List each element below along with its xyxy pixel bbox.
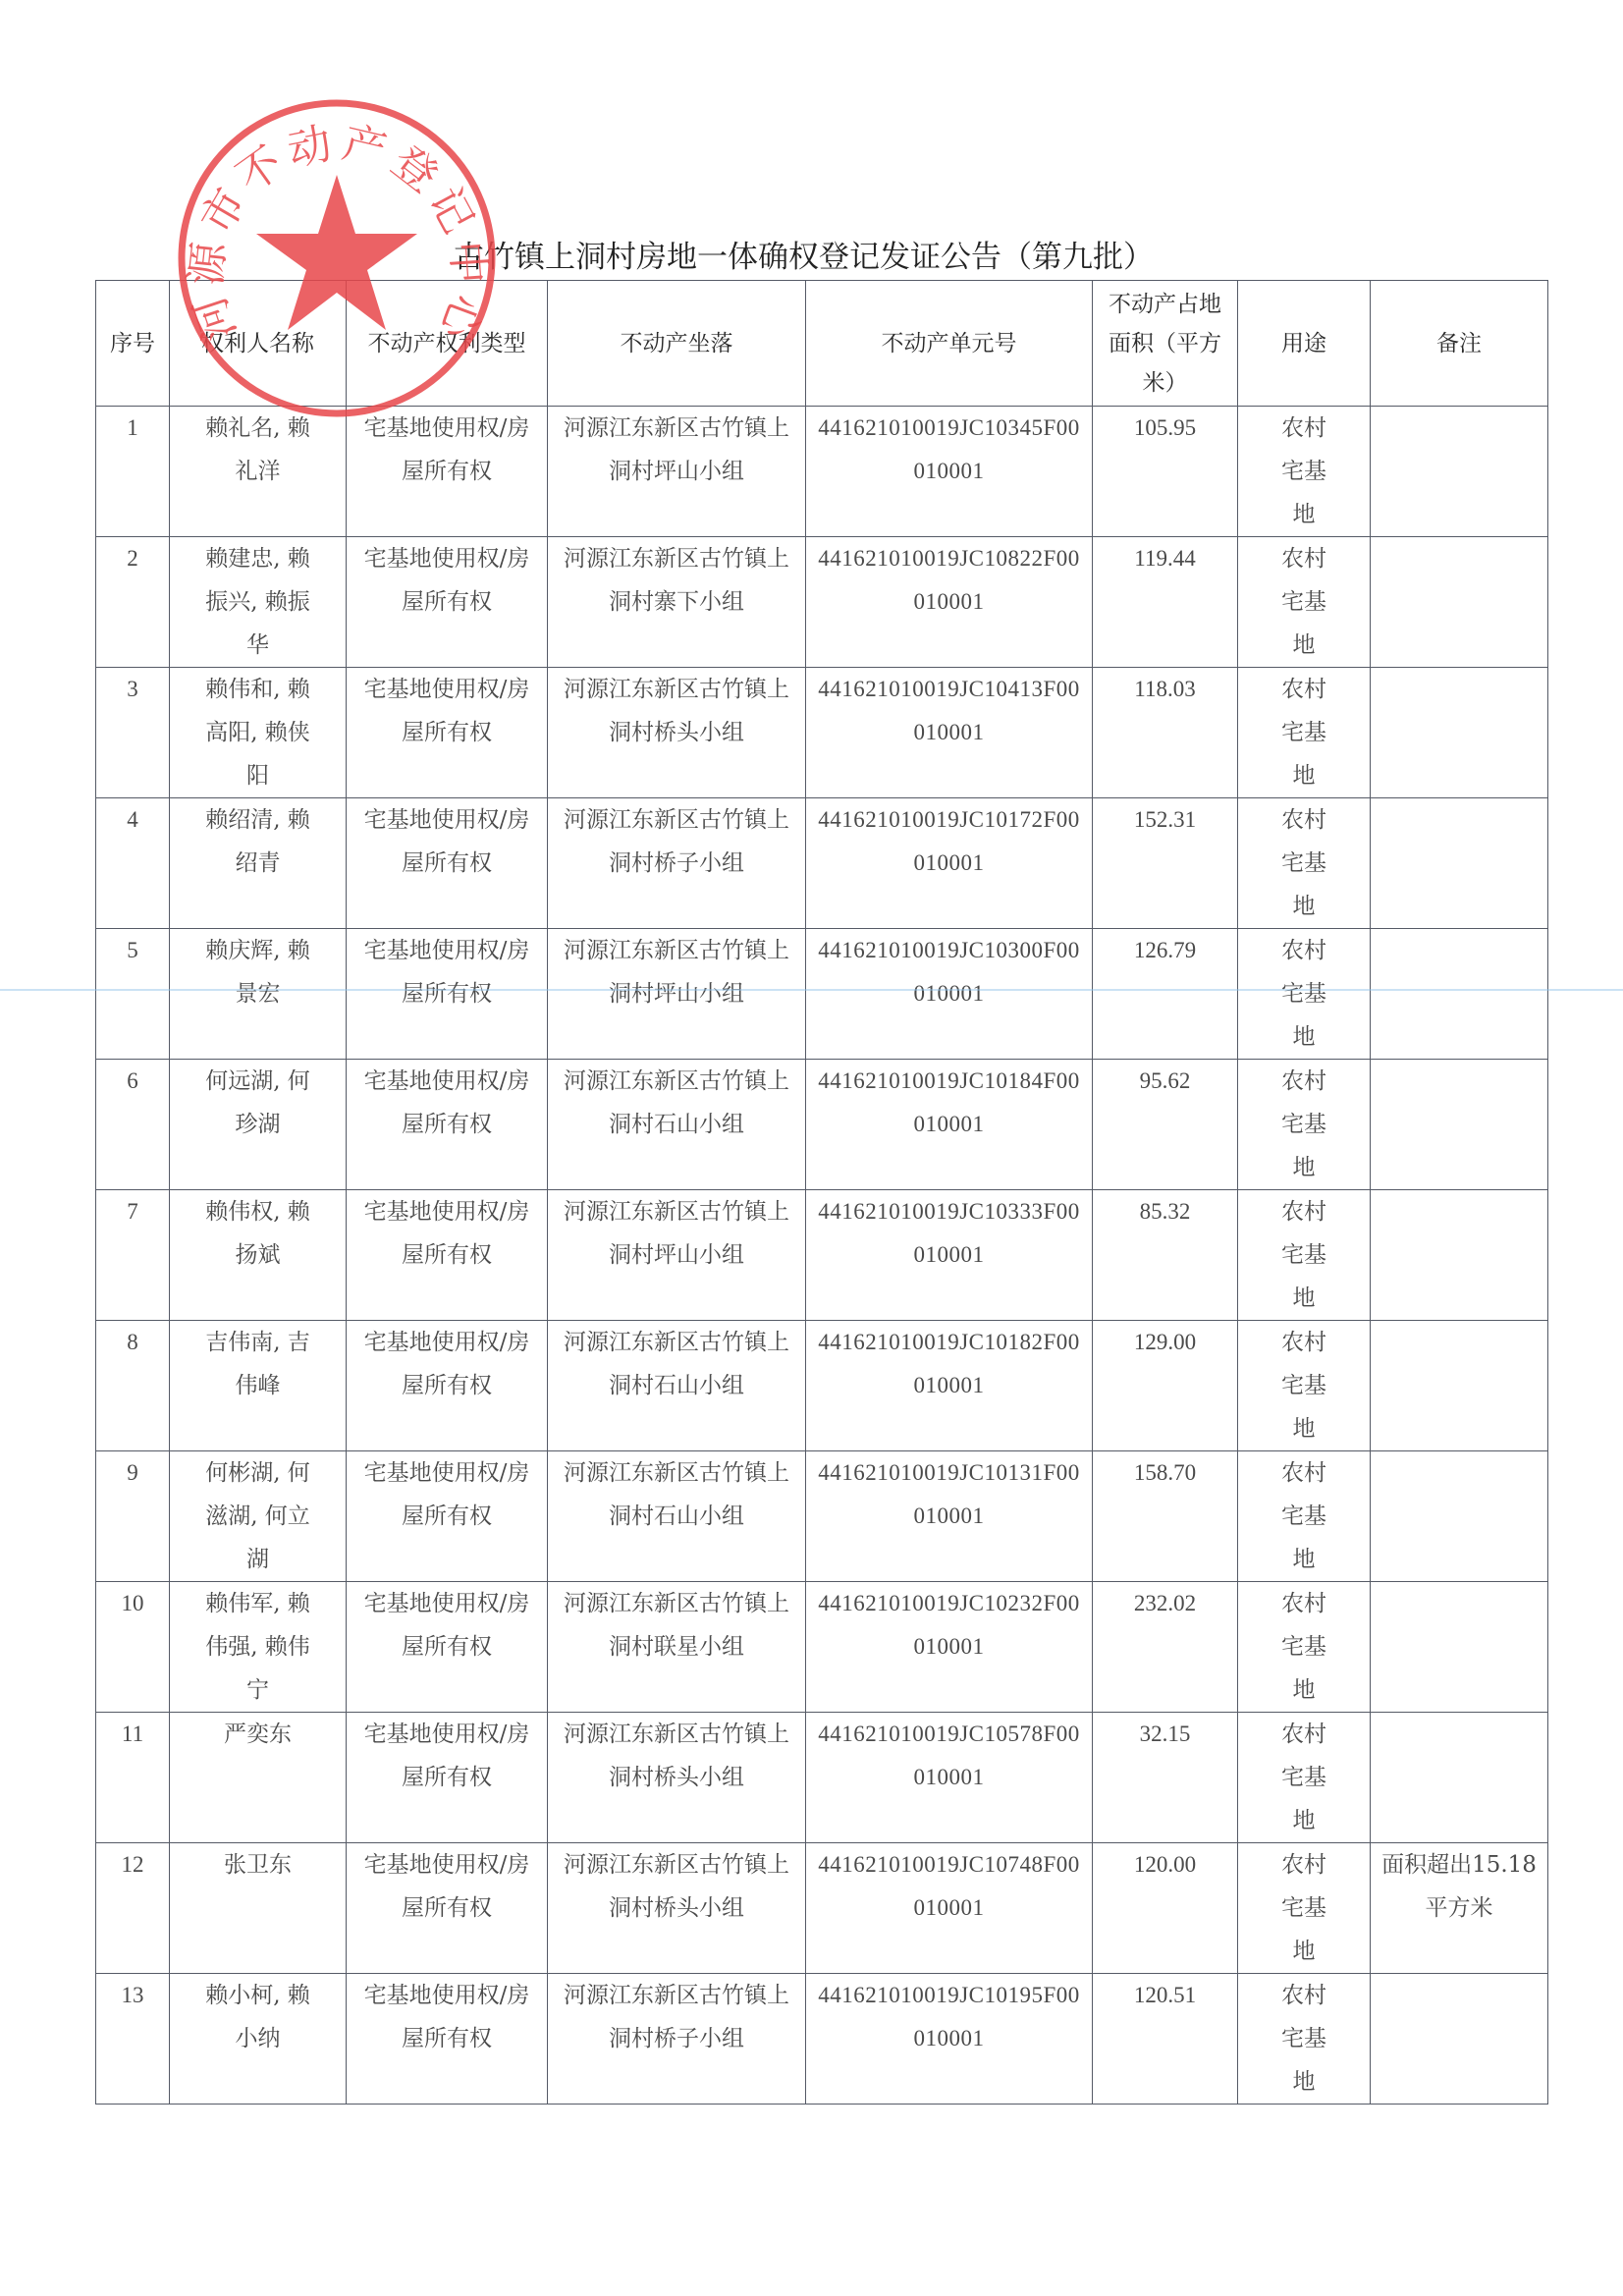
table-row: 1赖礼名, 赖礼洋宅基地使用权/房屋所有权河源江东新区古竹镇上洞村坪山小组441… [96,407,1548,537]
row-seq: 13 [96,1974,170,2105]
row-unit-no: 441621010019JC10182F00010001 [806,1321,1093,1451]
header-area: 不动产占地面积（平方米） [1093,281,1238,407]
table-row: 5赖庆辉, 赖景宏宅基地使用权/房屋所有权河源江东新区古竹镇上洞村坪山小组441… [96,929,1548,1060]
row-seq: 10 [96,1582,170,1713]
table-row: 11严奕东宅基地使用权/房屋所有权河源江东新区古竹镇上洞村桥头小组4416210… [96,1713,1548,1843]
row-owner: 赖建忠, 赖振兴, 赖振华 [170,537,347,668]
row-right-type: 宅基地使用权/房屋所有权 [347,1713,548,1843]
row-right-type: 宅基地使用权/房屋所有权 [347,407,548,537]
row-seq: 12 [96,1843,170,1974]
row-right-type: 宅基地使用权/房屋所有权 [347,1582,548,1713]
row-seq: 9 [96,1451,170,1582]
row-area: 120.00 [1093,1843,1238,1974]
row-right-type: 宅基地使用权/房屋所有权 [347,798,548,929]
row-seq: 3 [96,668,170,798]
row-location: 河源江东新区古竹镇上洞村桥子小组 [548,1974,806,2105]
row-usage: 农村宅基地 [1238,1843,1371,1974]
row-location: 河源江东新区古竹镇上洞村联星小组 [548,1582,806,1713]
header-seq: 序号 [96,281,170,407]
row-seq: 7 [96,1190,170,1321]
row-remark [1371,1582,1548,1713]
row-remark [1371,1321,1548,1451]
row-owner: 吉伟南, 吉伟峰 [170,1321,347,1451]
table-row: 13赖小柯, 赖小纳宅基地使用权/房屋所有权河源江东新区古竹镇上洞村桥子小组44… [96,1974,1548,2105]
header-right-type: 不动产权利类型 [347,281,548,407]
row-area: 120.51 [1093,1974,1238,2105]
row-usage: 农村宅基地 [1238,1582,1371,1713]
header-remark: 备注 [1371,281,1548,407]
row-location: 河源江东新区古竹镇上洞村石山小组 [548,1451,806,1582]
document-title: 古竹镇上洞村房地一体确权登记发证公告（第九批） [454,232,1154,276]
row-usage: 农村宅基地 [1238,537,1371,668]
table-row: 9何彬湖, 何滋湖, 何立湖宅基地使用权/房屋所有权河源江东新区古竹镇上洞村石山… [96,1451,1548,1582]
row-right-type: 宅基地使用权/房屋所有权 [347,1190,548,1321]
row-area: 105.95 [1093,407,1238,537]
row-unit-no: 441621010019JC10822F00010001 [806,537,1093,668]
row-remark [1371,407,1548,537]
row-remark [1371,668,1548,798]
row-remark [1371,1713,1548,1843]
row-location: 河源江东新区古竹镇上洞村石山小组 [548,1060,806,1190]
row-location: 河源江东新区古竹镇上洞村桥子小组 [548,798,806,929]
row-right-type: 宅基地使用权/房屋所有权 [347,929,548,1060]
row-owner: 赖伟权, 赖扬斌 [170,1190,347,1321]
row-area: 126.79 [1093,929,1238,1060]
row-usage: 农村宅基地 [1238,1974,1371,2105]
row-owner: 何远湖, 何珍湖 [170,1060,347,1190]
header-owner: 权利人名称 [170,281,347,407]
row-area: 232.02 [1093,1582,1238,1713]
row-area: 85.32 [1093,1190,1238,1321]
row-usage: 农村宅基地 [1238,1713,1371,1843]
row-owner: 赖伟和, 赖高阳, 赖侠阳 [170,668,347,798]
row-usage: 农村宅基地 [1238,798,1371,929]
header-unit-no: 不动产单元号 [806,281,1093,407]
row-usage: 农村宅基地 [1238,1451,1371,1582]
row-location: 河源江东新区古竹镇上洞村石山小组 [548,1321,806,1451]
table-row: 8吉伟南, 吉伟峰宅基地使用权/房屋所有权河源江东新区古竹镇上洞村石山小组441… [96,1321,1548,1451]
row-owner: 赖庆辉, 赖景宏 [170,929,347,1060]
row-area: 129.00 [1093,1321,1238,1451]
scan-artifact-line [0,989,1623,991]
row-remark [1371,798,1548,929]
row-unit-no: 441621010019JC10300F00010001 [806,929,1093,1060]
row-remark [1371,1974,1548,2105]
row-remark [1371,929,1548,1060]
row-right-type: 宅基地使用权/房屋所有权 [347,1451,548,1582]
table-row: 4赖绍清, 赖绍青宅基地使用权/房屋所有权河源江东新区古竹镇上洞村桥子小组441… [96,798,1548,929]
row-seq: 2 [96,537,170,668]
row-right-type: 宅基地使用权/房屋所有权 [347,1843,548,1974]
row-unit-no: 441621010019JC10184F00010001 [806,1060,1093,1190]
row-seq: 1 [96,407,170,537]
table-row: 7赖伟权, 赖扬斌宅基地使用权/房屋所有权河源江东新区古竹镇上洞村坪山小组441… [96,1190,1548,1321]
table-row: 2赖建忠, 赖振兴, 赖振华宅基地使用权/房屋所有权河源江东新区古竹镇上洞村寨下… [96,537,1548,668]
row-location: 河源江东新区古竹镇上洞村桥头小组 [548,1713,806,1843]
row-remark [1371,1451,1548,1582]
table-row: 12张卫东宅基地使用权/房屋所有权河源江东新区古竹镇上洞村桥头小组4416210… [96,1843,1548,1974]
row-unit-no: 441621010019JC10195F00010001 [806,1974,1093,2105]
row-unit-no: 441621010019JC10345F00010001 [806,407,1093,537]
row-owner: 赖礼名, 赖礼洋 [170,407,347,537]
row-right-type: 宅基地使用权/房屋所有权 [347,1321,548,1451]
row-seq: 4 [96,798,170,929]
row-area: 118.03 [1093,668,1238,798]
row-unit-no: 441621010019JC10333F00010001 [806,1190,1093,1321]
row-location: 河源江东新区古竹镇上洞村桥头小组 [548,668,806,798]
row-unit-no: 441621010019JC10131F00010001 [806,1451,1093,1582]
row-right-type: 宅基地使用权/房屋所有权 [347,537,548,668]
row-right-type: 宅基地使用权/房屋所有权 [347,668,548,798]
row-area: 95.62 [1093,1060,1238,1190]
row-location: 河源江东新区古竹镇上洞村坪山小组 [548,407,806,537]
row-right-type: 宅基地使用权/房屋所有权 [347,1974,548,2105]
table-row: 3赖伟和, 赖高阳, 赖侠阳宅基地使用权/房屋所有权河源江东新区古竹镇上洞村桥头… [96,668,1548,798]
row-owner: 赖伟军, 赖伟强, 赖伟宁 [170,1582,347,1713]
row-owner: 赖绍清, 赖绍青 [170,798,347,929]
row-right-type: 宅基地使用权/房屋所有权 [347,1060,548,1190]
row-seq: 5 [96,929,170,1060]
row-owner: 赖小柯, 赖小纳 [170,1974,347,2105]
row-usage: 农村宅基地 [1238,1321,1371,1451]
row-owner: 张卫东 [170,1843,347,1974]
row-area: 32.15 [1093,1713,1238,1843]
row-remark [1371,1060,1548,1190]
row-owner: 何彬湖, 何滋湖, 何立湖 [170,1451,347,1582]
row-unit-no: 441621010019JC10172F00010001 [806,798,1093,929]
table-row: 10赖伟军, 赖伟强, 赖伟宁宅基地使用权/房屋所有权河源江东新区古竹镇上洞村联… [96,1582,1548,1713]
row-unit-no: 441621010019JC10748F00010001 [806,1843,1093,1974]
row-seq: 8 [96,1321,170,1451]
table-header-row: 序号 权利人名称 不动产权利类型 不动产坐落 不动产单元号 不动产占地面积（平方… [96,281,1548,407]
row-remark: 面积超出15.18平方米 [1371,1843,1548,1974]
table-row: 6何远湖, 何珍湖宅基地使用权/房屋所有权河源江东新区古竹镇上洞村石山小组441… [96,1060,1548,1190]
row-seq: 6 [96,1060,170,1190]
row-area: 158.70 [1093,1451,1238,1582]
row-usage: 农村宅基地 [1238,407,1371,537]
row-usage: 农村宅基地 [1238,1190,1371,1321]
row-area: 152.31 [1093,798,1238,929]
registration-notice-table: 序号 权利人名称 不动产权利类型 不动产坐落 不动产单元号 不动产占地面积（平方… [95,280,1548,2105]
row-location: 河源江东新区古竹镇上洞村坪山小组 [548,929,806,1060]
row-location: 河源江东新区古竹镇上洞村寨下小组 [548,537,806,668]
row-usage: 农村宅基地 [1238,668,1371,798]
row-seq: 11 [96,1713,170,1843]
row-owner: 严奕东 [170,1713,347,1843]
row-unit-no: 441621010019JC10232F00010001 [806,1582,1093,1713]
row-area: 119.44 [1093,537,1238,668]
row-remark [1371,537,1548,668]
header-usage: 用途 [1238,281,1371,407]
row-unit-no: 441621010019JC10413F00010001 [806,668,1093,798]
row-location: 河源江东新区古竹镇上洞村坪山小组 [548,1190,806,1321]
row-location: 河源江东新区古竹镇上洞村桥头小组 [548,1843,806,1974]
row-unit-no: 441621010019JC10578F00010001 [806,1713,1093,1843]
row-remark [1371,1190,1548,1321]
header-location: 不动产坐落 [548,281,806,407]
row-usage: 农村宅基地 [1238,929,1371,1060]
row-usage: 农村宅基地 [1238,1060,1371,1190]
